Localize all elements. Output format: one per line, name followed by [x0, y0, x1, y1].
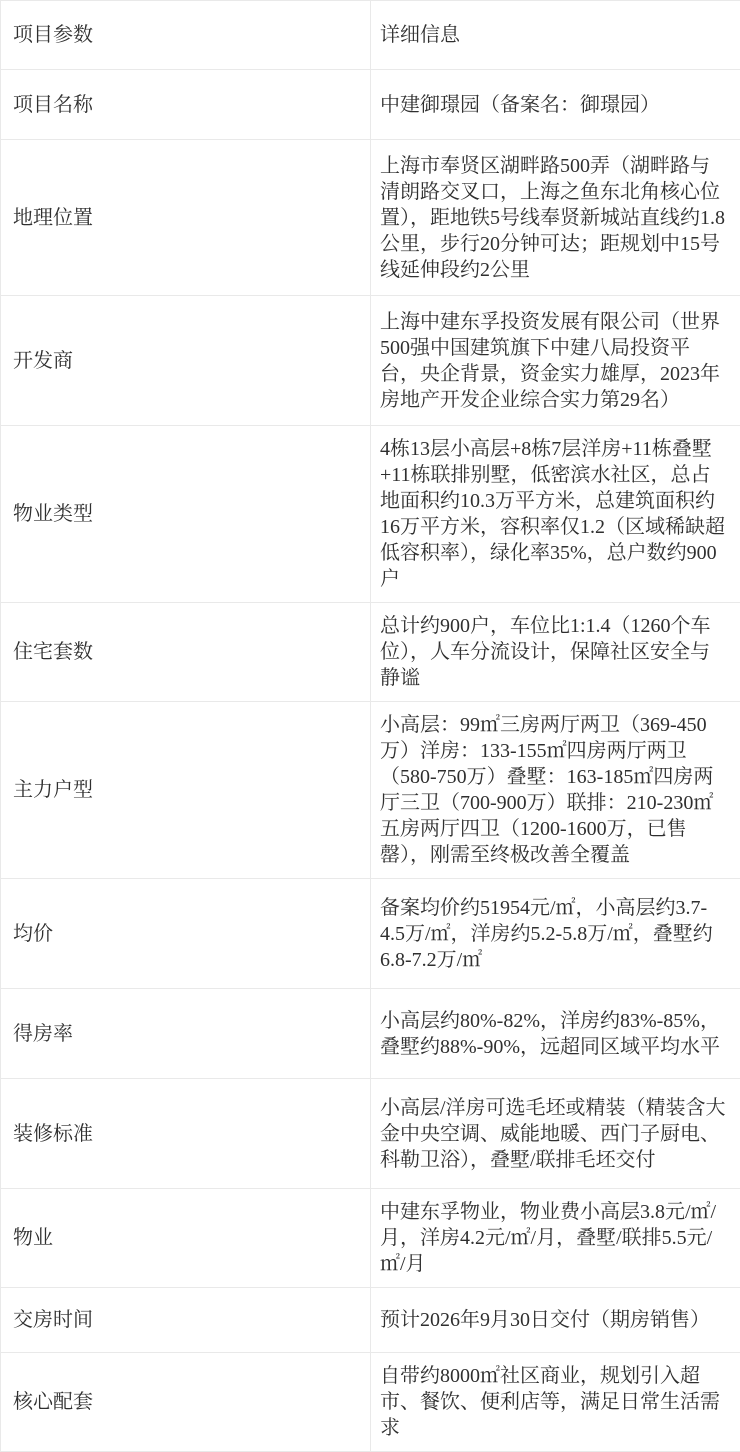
header-value-cell: 详细信息: [371, 1, 740, 70]
value-cell-developer: 上海中建东孚投资发展有限公司（世界500强中国建筑旗下中建八局投资平台，央企背景…: [371, 296, 740, 426]
table-row: 均价 备案均价约51954元/㎡，小高层约3.7-4.5万/㎡，洋房约5.2-5…: [1, 879, 740, 989]
table-row: 主力户型 小高层：99㎡三房两厅两卫（369-450万）洋房：133-155㎡四…: [1, 702, 740, 879]
value-cell-property-type: 4栋13层小高层+8栋7层洋房+11栋叠墅+11栋联排别墅，低密滨水社区，总占地…: [371, 426, 740, 603]
param-cell-decoration-standard: 装修标准: [1, 1079, 371, 1189]
table-row: 得房率 小高层约80%-82%，洋房约83%-85%，叠墅约88%-90%，远超…: [1, 989, 740, 1079]
value-cell-average-price: 备案均价约51954元/㎡，小高层约3.7-4.5万/㎡，洋房约5.2-5.8万…: [371, 879, 740, 989]
param-cell-property-management: 物业: [1, 1189, 371, 1288]
table-row: 开发商 上海中建东孚投资发展有限公司（世界500强中国建筑旗下中建八局投资平台，…: [1, 296, 740, 426]
value-cell-project-name: 中建御璟园（备案名：御璟园）: [371, 70, 740, 140]
table-row: 装修标准 小高层/洋房可选毛坯或精装（精装含大金中央空调、威能地暖、西门子厨电、…: [1, 1079, 740, 1189]
value-cell-unit-count: 总计约900户，车位比1:1.4（1260个车位），人车分流设计，保障社区安全与…: [371, 603, 740, 702]
value-cell-delivery-time: 预计2026年9月30日交付（期房销售）: [371, 1288, 740, 1353]
table-row: 物业 中建东孚物业，物业费小高层3.8元/㎡/月，洋房4.2元/㎡/月，叠墅/联…: [1, 1189, 740, 1288]
param-cell-main-layouts: 主力户型: [1, 702, 371, 879]
param-cell-delivery-time: 交房时间: [1, 1288, 371, 1353]
param-cell-developer: 开发商: [1, 296, 371, 426]
table-row: 地理位置 上海市奉贤区湖畔路500弄（湖畔路与清朗路交叉口，上海之鱼东北角核心位…: [1, 140, 740, 296]
param-cell-average-price: 均价: [1, 879, 371, 989]
param-cell-project-name: 项目名称: [1, 70, 371, 140]
header-param-cell: 项目参数: [1, 1, 371, 70]
value-cell-location: 上海市奉贤区湖畔路500弄（湖畔路与清朗路交叉口，上海之鱼东北角核心位置），距地…: [371, 140, 740, 296]
value-cell-usable-ratio: 小高层约80%-82%，洋房约83%-85%，叠墅约88%-90%，远超同区域平…: [371, 989, 740, 1079]
param-cell-location: 地理位置: [1, 140, 371, 296]
table-row: 项目名称 中建御璟园（备案名：御璟园）: [1, 70, 740, 140]
value-cell-core-amenities: 自带约8000㎡社区商业，规划引入超市、餐饮、便利店等，满足日常生活需求: [371, 1353, 740, 1452]
value-cell-decoration-standard: 小高层/洋房可选毛坯或精装（精装含大金中央空调、威能地暖、西门子厨电、科勒卫浴）…: [371, 1079, 740, 1189]
value-cell-main-layouts: 小高层：99㎡三房两厅两卫（369-450万）洋房：133-155㎡四房两厅两卫…: [371, 702, 740, 879]
table-row: 交房时间 预计2026年9月30日交付（期房销售）: [1, 1288, 740, 1353]
param-cell-unit-count: 住宅套数: [1, 603, 371, 702]
param-cell-usable-ratio: 得房率: [1, 989, 371, 1079]
table-row: 住宅套数 总计约900户，车位比1:1.4（1260个车位），人车分流设计，保障…: [1, 603, 740, 702]
project-info-table: 项目参数 详细信息 项目名称 中建御璟园（备案名：御璟园） 地理位置 上海市奉贤…: [0, 0, 740, 1452]
table-row: 核心配套 自带约8000㎡社区商业，规划引入超市、餐饮、便利店等，满足日常生活需…: [1, 1353, 740, 1452]
table-row: 物业类型 4栋13层小高层+8栋7层洋房+11栋叠墅+11栋联排别墅，低密滨水社…: [1, 426, 740, 603]
param-cell-property-type: 物业类型: [1, 426, 371, 603]
value-cell-property-management: 中建东孚物业，物业费小高层3.8元/㎡/月，洋房4.2元/㎡/月，叠墅/联排5.…: [371, 1189, 740, 1288]
table-header-row: 项目参数 详细信息: [1, 1, 740, 70]
param-cell-core-amenities: 核心配套: [1, 1353, 371, 1452]
